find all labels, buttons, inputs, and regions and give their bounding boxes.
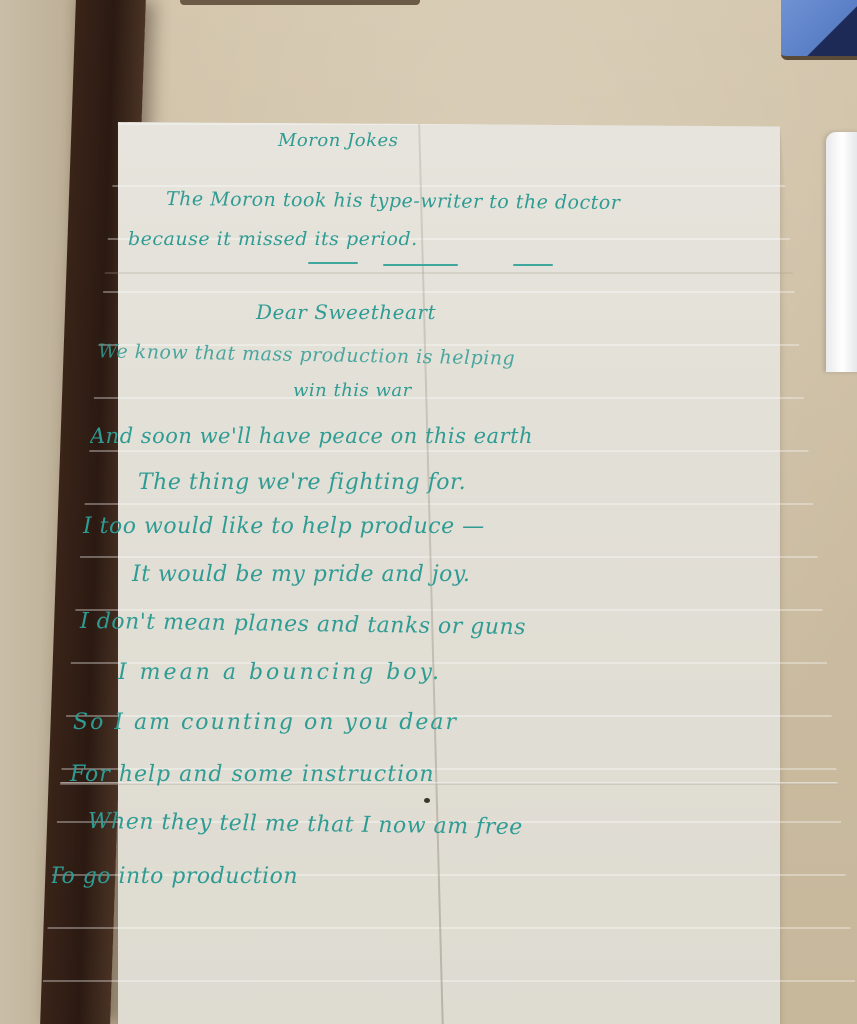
- poem-line-6: It would be my pride and joy.: [132, 562, 470, 587]
- letter-title: Moron Jokes: [278, 130, 398, 151]
- poem-line-4: The thing we're fighting for.: [138, 470, 466, 495]
- joke-line-1: The Moron took his type-writer to the do…: [166, 188, 621, 214]
- pin-hole: [424, 798, 430, 803]
- poem-line-3: And soon we'll have peace on this earth: [90, 424, 533, 448]
- poem-line-10: For help and some instruction: [70, 762, 435, 787]
- upper-fold: [28, 272, 857, 274]
- poem-line-8: I mean a bouncing boy.: [118, 660, 442, 685]
- handwritten-letter: Moron Jokes The Moron took his type-writ…: [118, 122, 780, 1024]
- joke-underline-2: [383, 264, 458, 266]
- joke-line-2: because it missed its period.: [128, 228, 418, 250]
- poem-line-9: So I am counting on you dear: [73, 710, 458, 735]
- salutation: Dear Sweetheart: [256, 300, 436, 324]
- joke-underline-3: [513, 264, 553, 266]
- white-tube: [826, 132, 857, 372]
- poem-line-5: I too would like to help produce —: [83, 514, 485, 539]
- top-object-shadow: [180, 0, 420, 5]
- poem-line-2: win this war: [293, 380, 412, 401]
- poem-line-12: To go into production: [48, 864, 298, 889]
- blue-printed-item: [781, 0, 857, 60]
- joke-underline-1: [308, 262, 358, 264]
